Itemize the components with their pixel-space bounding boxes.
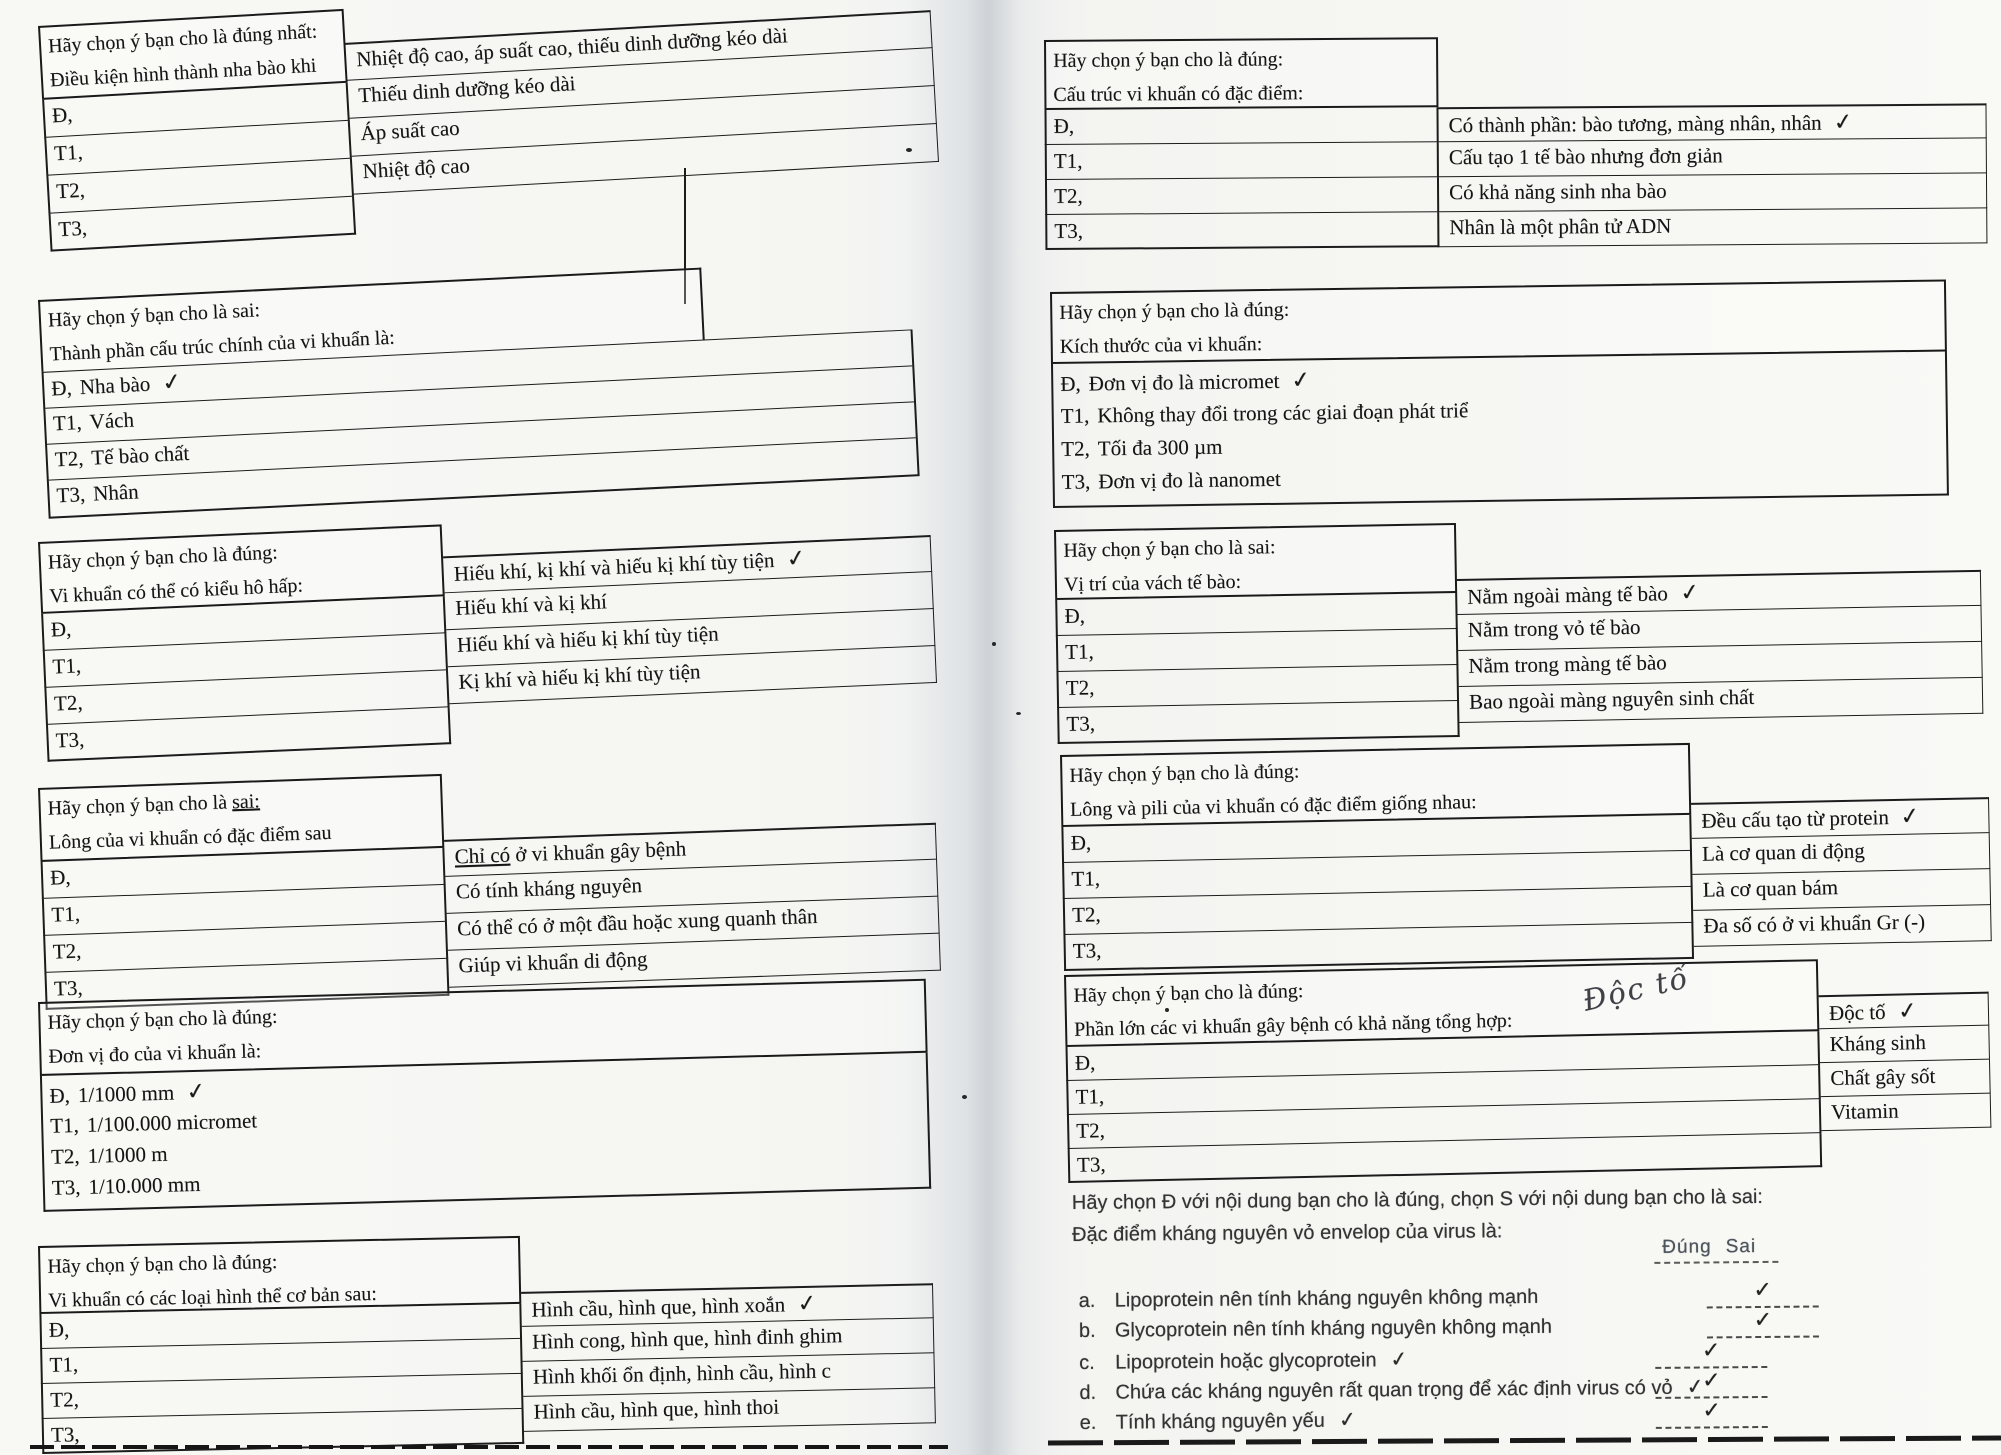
option-value: Nằm ngoài màng tế bào [1467, 581, 1668, 608]
question-block-basic-shapes: Hãy chọn ý bạn cho là đúng: Vi khuẩn có … [38, 1236, 524, 1454]
page-fold-shadow [905, 0, 1065, 1455]
option-label-column: Đ,T1,T2,T3, [1055, 593, 1459, 744]
underlined-text: sai: [232, 790, 261, 813]
question-prompt: Hãy chọn ý bạn cho là đúng: Vi khuẩn có … [38, 1236, 521, 1314]
option-value: Nha bào [79, 372, 151, 399]
question-prompt: Hãy chọn ý bạn cho là sai: Lông của vi k… [38, 774, 444, 862]
option-label: T2, [54, 446, 84, 471]
option-text-column: Hình cầu, hình que, hình xoắn✓Hình cong,… [521, 1283, 936, 1432]
question-prompt: Hãy chọn ý bạn cho là đúng: Lông và pili… [1060, 743, 1691, 827]
option-label: Đ, [49, 1083, 70, 1108]
option-label: T2, [51, 1144, 80, 1169]
option-label: T3, [1045, 212, 1439, 250]
option-label: T1, [1045, 142, 1439, 180]
inline-checkmark: ✓ [1389, 1346, 1409, 1372]
option-value: Áp suất cao [360, 116, 460, 145]
checkmark: ✓ [184, 1078, 207, 1106]
option-text: Độc tố✓ [1819, 992, 1990, 1030]
question-block-cell-wall-position: Hãy chọn ý bạn cho là sai: Vị trí của vá… [1054, 523, 1460, 744]
option-value: Vitamin [1831, 1099, 1899, 1124]
option-text: Bao ngoài màng nguyên sinh chất [1459, 678, 1984, 723]
option-text-column: Có thành phần: bào tương, màng nhân, nhâ… [1438, 103, 1987, 247]
option-value: Nhiệt độ cao [362, 153, 470, 183]
option-label: T3, [1057, 701, 1460, 744]
option-value: Vách [89, 407, 134, 433]
question-block-spore-conditions: Hãy chọn ý bạn cho là đúng nhất: Điều ki… [38, 9, 356, 252]
option-value: Giúp vi khuẩn di động [458, 947, 648, 978]
option-label-column: Đ,T1,T2,T3, [39, 1304, 524, 1454]
checkmark: ✓ [1899, 803, 1921, 831]
option-text-column: Độc tố✓Kháng sinhChất gây sốtVitamin [1819, 992, 1992, 1132]
checkmark: ✓ [1896, 997, 1918, 1025]
scan-speck [1016, 712, 1021, 715]
option-value: Có khả năng sinh nha bào [1449, 179, 1667, 205]
option-text: Nhân là một phân tử ADN [1439, 208, 1987, 247]
tf-checkmark: ✓ [1707, 1279, 1819, 1308]
option-value: Có thành phần: bào tương, màng nhân, nhâ… [1449, 111, 1822, 138]
tf-item-letter: d. [1079, 1382, 1115, 1405]
tf-column-header: ĐúngSai [1654, 1236, 1778, 1264]
tf-checkmark: ✓ [1707, 1309, 1819, 1338]
option-text-column: Đều cấu tạo từ protein✓Là cơ quan di độn… [1691, 797, 1992, 947]
checkmark: ✓ [1290, 366, 1312, 394]
option-text: Cấu tạo 1 tế bào nhưng đơn giản [1439, 138, 1987, 177]
question-block-structure-components: Hãy chọn ý bạn cho là sai: Thành phần cấ… [38, 257, 920, 518]
option-value: ở vi khuẩn gây bệnh [510, 836, 687, 866]
tf-item-text: Chứa các kháng nguyên rất quan trọng để … [1115, 1377, 1672, 1404]
question-block-measurement-unit: Hãy chọn ý bạn cho là đúng: Đơn vị đo củ… [38, 979, 931, 1212]
option-value: Có tính kháng nguyên [455, 873, 642, 903]
option-label-column: Đ,T1,T2,T3, [1044, 107, 1439, 250]
option-text: Hình cầu, hình que, hình thoi [523, 1388, 936, 1432]
tf-col-sai: Sai [1726, 1236, 1757, 1257]
option-text: Đều cấu tạo từ protein✓ [1691, 797, 1990, 839]
question-prompt: Hãy chọn ý bạn cho là đúng: Kích thước c… [1050, 279, 1947, 364]
tf-item-letter: e. [1080, 1412, 1116, 1435]
option-value: Nhân là một phân tử ADN [1449, 214, 1671, 240]
option-value: 1/1000 m [87, 1142, 168, 1168]
option-value: Hình cầu, hình que, hình xoắn [531, 1292, 785, 1321]
option-text: Có khả năng sinh nha bào [1439, 173, 1987, 212]
true-false-section: Hãy chọn Đ với nội dung bạn cho là đúng,… [1072, 1184, 1991, 1256]
option-text: Có thành phần: bào tương, màng nhân, nhâ… [1438, 103, 1986, 142]
option-text: Chất gây sốt [1820, 1060, 1991, 1098]
checkmark: ✓ [160, 368, 183, 397]
option-value: Đơn vị đo là micromet [1089, 369, 1280, 396]
scanned-quiz-page: Hãy chọn ý bạn cho là đúng nhất: Điều ki… [0, 0, 2001, 1455]
option-value: Kháng sinh [1829, 1030, 1926, 1056]
question-prompt: Hãy chọn ý bạn cho là sai: Vị trí của vá… [1054, 523, 1457, 600]
option-text-column: Nằm ngoài màng tế bào✓Nằm trong vỏ tế bà… [1457, 570, 1983, 723]
option-label: T2, [1045, 177, 1439, 215]
tf-item-letter: c. [1079, 1352, 1115, 1375]
option-value: Nằm trong màng tế bào [1468, 650, 1667, 677]
tf-item-list: a.Lipoprotein nên tính kháng nguyên khôn… [1079, 1282, 1998, 1440]
option-text-column: Nhiệt độ cao, áp suất cao, thiếu dinh dư… [345, 10, 939, 194]
option-value: Tế bào chất [91, 441, 190, 470]
question-block-bacteria-structure: Hãy chọn ý bạn cho là đúng: Cấu trúc vi … [1044, 37, 1439, 250]
tf-item-letter: b. [1079, 1320, 1115, 1343]
scan-speck [906, 148, 912, 152]
option-text-column: Chỉ có ở vi khuẩn gây bệnhCó tính kháng … [444, 823, 941, 988]
question-block-respiration-types: Hãy chọn ý bạn cho là đúng: Vi khuẩn có … [38, 524, 451, 761]
option-label: T2, [1061, 436, 1090, 460]
prompt-text: Hãy chọn ý bạn cho là [47, 791, 232, 819]
option-value: Nhân [93, 479, 140, 505]
option-value: Đa số có ở vi khuẩn Gr (-) [1703, 909, 1925, 937]
question-block-pathogen-synthesis: Hãy chọn ý bạn cho là đúng: Phần lớn các… [1064, 959, 1822, 1183]
underlined-text: Chỉ có [454, 843, 510, 869]
option-text: Vitamin [1821, 1094, 1992, 1132]
option-text: Là cơ quan di động [1692, 833, 1991, 875]
option-value: Không thay đổi trong các giai đoạn phát … [1097, 398, 1468, 427]
inline-option-rows: Đ,1/1000 mm✓T1,1/100.000 micrometT2,1/10… [40, 1053, 931, 1212]
option-label: Đ, [1044, 107, 1438, 145]
tf-checkmark: ✓ [1655, 1370, 1767, 1399]
option-label: Đ, [1060, 372, 1081, 396]
tf-checkmark: ✓ [1655, 1340, 1767, 1369]
inline-option-rows: Đ,Đơn vị đo là micromet✓T1,Không thay đổ… [1051, 351, 1949, 507]
option-label-column: Đ,T1,T2,T3, [41, 848, 450, 1010]
option-value: Kị khí và hiếu kị khí tùy tiện [458, 659, 701, 694]
tf-item-text: Glycoprotein nên tính kháng nguyên không… [1115, 1316, 1552, 1342]
question-block-flagella-traits: Hãy chọn ý bạn cho là sai: Lông của vi k… [38, 774, 450, 1010]
option-value: Là cơ quan di động [1702, 839, 1865, 866]
tf-item-text: Lipoprotein nên tính kháng nguyên không … [1115, 1286, 1539, 1312]
inline-checkmark: ✓ [1337, 1407, 1357, 1433]
question-prompt: Hãy chọn ý bạn cho là đúng: Cấu trúc vi … [1044, 37, 1438, 110]
scan-edge-artifact [30, 1445, 948, 1449]
tf-col-dung: Đúng [1662, 1236, 1712, 1257]
option-label-column: Đ,T1,T2,T3, [42, 83, 356, 252]
option-label: Đ, [51, 375, 73, 400]
option-label: T1, [1061, 403, 1090, 427]
option-text-column: Hiếu khí, kị khí và hiếu kị khí tùy tiện… [443, 535, 937, 704]
option-label: T3, [52, 1175, 81, 1200]
option-value: 1/10.000 mm [88, 1172, 201, 1199]
option-value: Bao ngoài màng nguyên sinh chất [1469, 685, 1755, 714]
option-label: T3, [1061, 469, 1090, 493]
option-label: T1, [52, 410, 82, 435]
tf-checkmark: ✓ [1656, 1400, 1768, 1429]
option-value: Hình cong, hình que, hình đinh ghim [532, 1323, 843, 1353]
tf-question: Đặc điểm kháng nguyên vỏ envelop của vir… [1072, 1216, 1990, 1256]
option-value: 1/1000 mm [78, 1080, 175, 1107]
tf-item-text: Lipoprotein hoặc glycoprotein [1115, 1349, 1376, 1373]
question-block-bacteria-size: Hãy chọn ý bạn cho là đúng: Kích thước c… [1050, 279, 1949, 507]
option-value: Đều cấu tạo từ protein [1701, 805, 1889, 833]
scan-speck [1165, 1008, 1169, 1012]
option-text: Là cơ quan bám [1692, 869, 1991, 911]
checkmark: ✓ [1678, 579, 1700, 607]
option-value: Hình khối ổn định, hình cầu, hình c [533, 1358, 831, 1388]
option-value: Độc tố [1829, 1000, 1886, 1025]
option-value: Hiếu khí và kị khí [455, 589, 608, 620]
prompt-line: Hãy chọn ý bạn cho là đúng: [1053, 41, 1430, 78]
option-label: T3, [56, 482, 86, 507]
question-block-flagella-pili-similarity: Hãy chọn ý bạn cho là đúng: Lông và pili… [1060, 743, 1694, 971]
option-value: Là cơ quan bám [1702, 875, 1838, 902]
tf-item-letter: a. [1079, 1290, 1115, 1313]
option-value: Nằm trong vỏ tế bào [1468, 615, 1641, 642]
scan-speck [992, 642, 996, 646]
option-value: Cấu tạo 1 tế bào nhưng đơn giản [1449, 143, 1723, 169]
option-value: Hình cầu, hình que, hình thoi [533, 1395, 779, 1424]
option-value: Chất gây sốt [1830, 1064, 1935, 1090]
prompt-line: Cấu trúc vi khuẩn có đặc điểm: [1053, 75, 1430, 112]
option-label-column: Đ,T1,T2,T3, [1066, 1031, 1823, 1183]
option-text: Kháng sinh [1819, 1026, 1990, 1064]
checkmark: ✓ [784, 545, 807, 574]
checkmark: ✓ [1832, 108, 1854, 136]
option-label-column: Đ,T1,T2,T3, [41, 596, 451, 761]
option-value: Đơn vị đo là nanomet [1098, 467, 1281, 494]
option-text: Đa số có ở vi khuẩn Gr (-) [1693, 905, 1992, 947]
option-label: T1, [50, 1113, 79, 1138]
scan-speck [962, 1095, 967, 1099]
option-value: 1/100.000 micromet [86, 1108, 257, 1136]
tf-item-text: Tính kháng nguyên yếu [1116, 1410, 1325, 1434]
checkmark: ✓ [796, 1290, 818, 1318]
option-label-column: Đ,T1,T2,T3, [1061, 815, 1694, 971]
option-value: Tối đa 300 µm [1098, 435, 1223, 461]
